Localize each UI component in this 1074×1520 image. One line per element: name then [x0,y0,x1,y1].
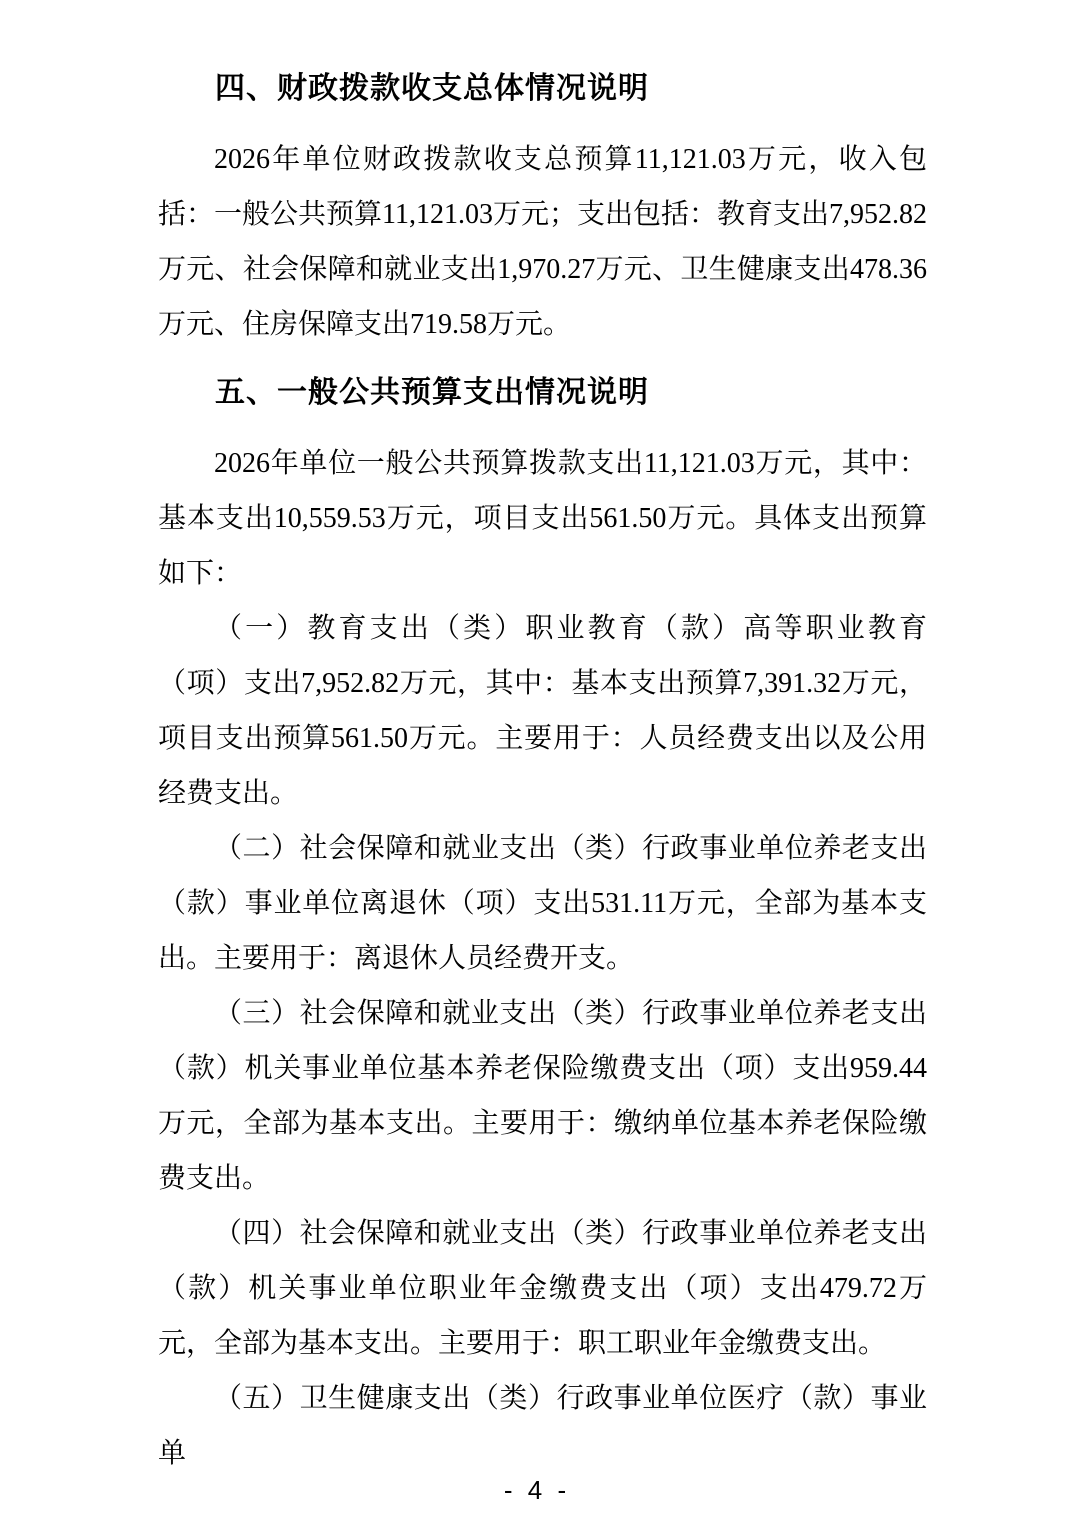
paragraph-fiscal-overview: 2026年单位财政拨款收支总预算11,121.03万元，收入包括：一般公共预算1… [158,132,927,352]
paragraph-item-2-retirement: （二）社会保障和就业支出（类）行政事业单位养老支出（款）事业单位离退休（项）支出… [158,821,927,986]
section-heading-5: 五、一般公共预算支出情况说明 [158,372,927,414]
paragraph-item-5-health: （五）卫生健康支出（类）行政事业单位医疗（款）事业单 [158,1371,927,1481]
paragraph-item-1-education: （一）教育支出（类）职业教育（款）高等职业教育（项）支出7,952.82万元，其… [158,601,927,821]
page-number: - 4 - [504,1475,570,1505]
section-fiscal-appropriation-overview: 四、财政拨款收支总体情况说明 2026年单位财政拨款收支总预算11,121.03… [158,68,927,352]
section-general-public-budget-expenditure: 五、一般公共预算支出情况说明 2026年单位一般公共预算拨款支出11,121.0… [158,372,927,1481]
section-heading-4: 四、财政拨款收支总体情况说明 [158,68,927,110]
paragraph-budget-expenditure-summary: 2026年单位一般公共预算拨款支出11,121.03万元，其中：基本支出10,5… [158,436,927,601]
paragraph-item-3-pension-insurance: （三）社会保障和就业支出（类）行政事业单位养老支出（款）机关事业单位基本养老保险… [158,986,927,1206]
document-page: 四、财政拨款收支总体情况说明 2026年单位财政拨款收支总预算11,121.03… [0,0,1074,1520]
paragraph-item-4-occupational-annuity: （四）社会保障和就业支出（类）行政事业单位养老支出（款）机关事业单位职业年金缴费… [158,1206,927,1371]
page-footer: - 4 - [0,1475,1074,1506]
